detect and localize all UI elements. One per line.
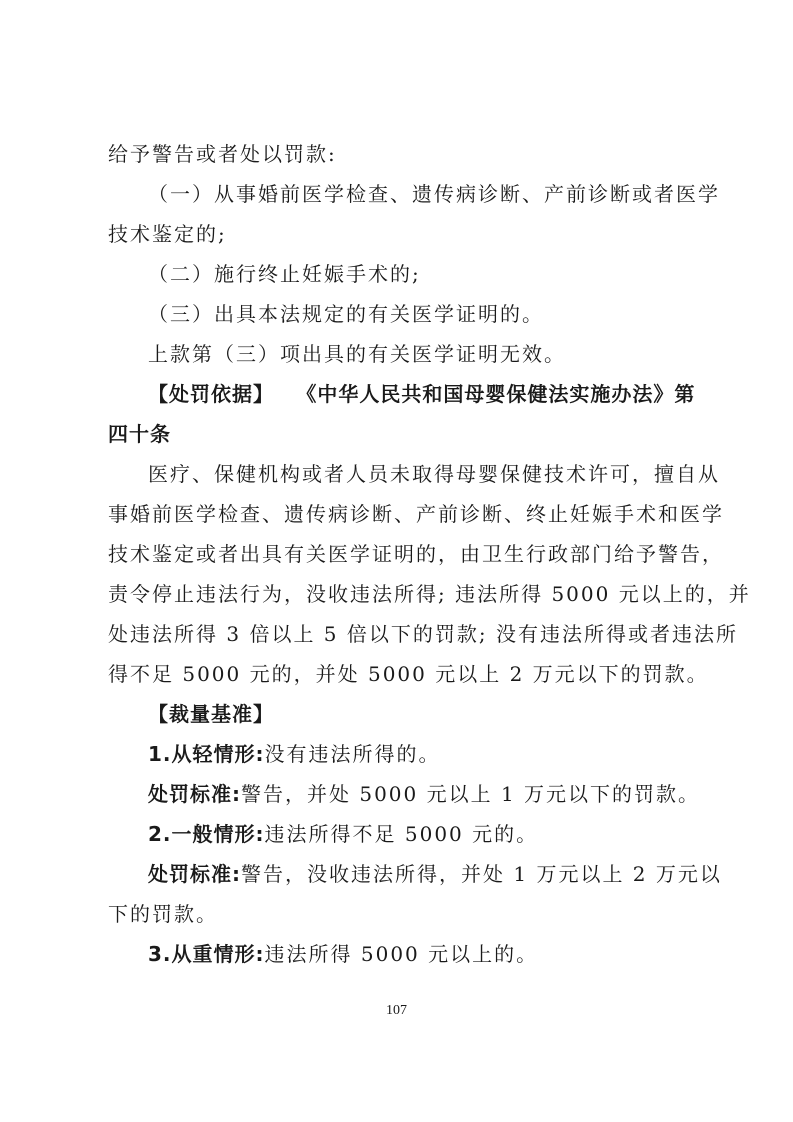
penalty-basis: 【处罚依据】 《中华人民共和国母婴保健法实施办法》第: [108, 374, 696, 414]
criteria-label: 2.一般情形:: [148, 822, 265, 846]
basis-title-cont: 四十条: [108, 414, 696, 454]
criteria-item: 处罚标准:警告，没收违法所得，并处 1 万元以上 2 万元以: [108, 854, 696, 894]
criteria-label: 处罚标准:: [148, 862, 241, 886]
list-item-3: （三）出具本法规定的有关医学证明的。: [108, 294, 696, 334]
basis-title: 《中华人民共和国母婴保健法实施办法》第: [296, 382, 695, 406]
criteria-item-cont: 下的罚款。: [108, 894, 696, 934]
criteria-text: 警告，并处 5000 元以上 1 万元以下的罚款。: [241, 782, 700, 806]
paragraph-line: 事婚前医学检查、遗传病诊断、产前诊断、终止妊娠手术和医学: [108, 494, 696, 534]
paragraph-line: 责令停止违法行为，没收违法所得; 违法所得 5000 元以上的，并: [108, 574, 696, 614]
criteria-item: 处罚标准:警告，并处 5000 元以上 1 万元以下的罚款。: [108, 774, 696, 814]
text-line: 技术鉴定的;: [108, 214, 696, 254]
criteria-item: 1.从轻情形:没有违法所得的。: [108, 734, 696, 774]
criteria-item: 3.从重情形:违法所得 5000 元以上的。: [108, 934, 696, 974]
criteria-text: 警告，没收违法所得，并处 1 万元以上 2 万元以: [241, 862, 722, 886]
paragraph-line: 得不足 5000 元的，并处 5000 元以上 2 万元以下的罚款。: [108, 654, 696, 694]
text-line: 给予警告或者处以罚款:: [108, 134, 696, 174]
list-item-2: （二）施行终止妊娠手术的;: [108, 254, 696, 294]
criteria-text: 没有违法所得的。: [265, 742, 441, 766]
paragraph-line: 处违法所得 3 倍以上 5 倍以下的罚款; 没有违法所得或者违法所: [108, 614, 696, 654]
basis-label: 【处罚依据】: [148, 382, 274, 406]
criteria-text: 违法所得不足 5000 元的。: [265, 822, 539, 846]
page-number: 107: [0, 1003, 793, 1019]
text-line: 上款第（三）项出具的有关医学证明无效。: [108, 334, 696, 374]
criteria-text: 违法所得 5000 元以上的。: [265, 942, 539, 966]
paragraph-line: 技术鉴定或者出具有关医学证明的，由卫生行政部门给予警告，: [108, 534, 696, 574]
criteria-heading: 【裁量基准】: [108, 694, 696, 734]
criteria-label: 处罚标准:: [148, 782, 241, 806]
document-page: 给予警告或者处以罚款: （一）从事婚前医学检查、遗传病诊断、产前诊断或者医学 技…: [108, 134, 696, 974]
list-item-1: （一）从事婚前医学检查、遗传病诊断、产前诊断或者医学: [108, 174, 696, 214]
criteria-item: 2.一般情形:违法所得不足 5000 元的。: [108, 814, 696, 854]
criteria-label: 3.从重情形:: [148, 942, 265, 966]
criteria-label: 1.从轻情形:: [148, 742, 265, 766]
paragraph-line: 医疗、保健机构或者人员未取得母婴保健技术许可，擅自从: [108, 454, 696, 494]
